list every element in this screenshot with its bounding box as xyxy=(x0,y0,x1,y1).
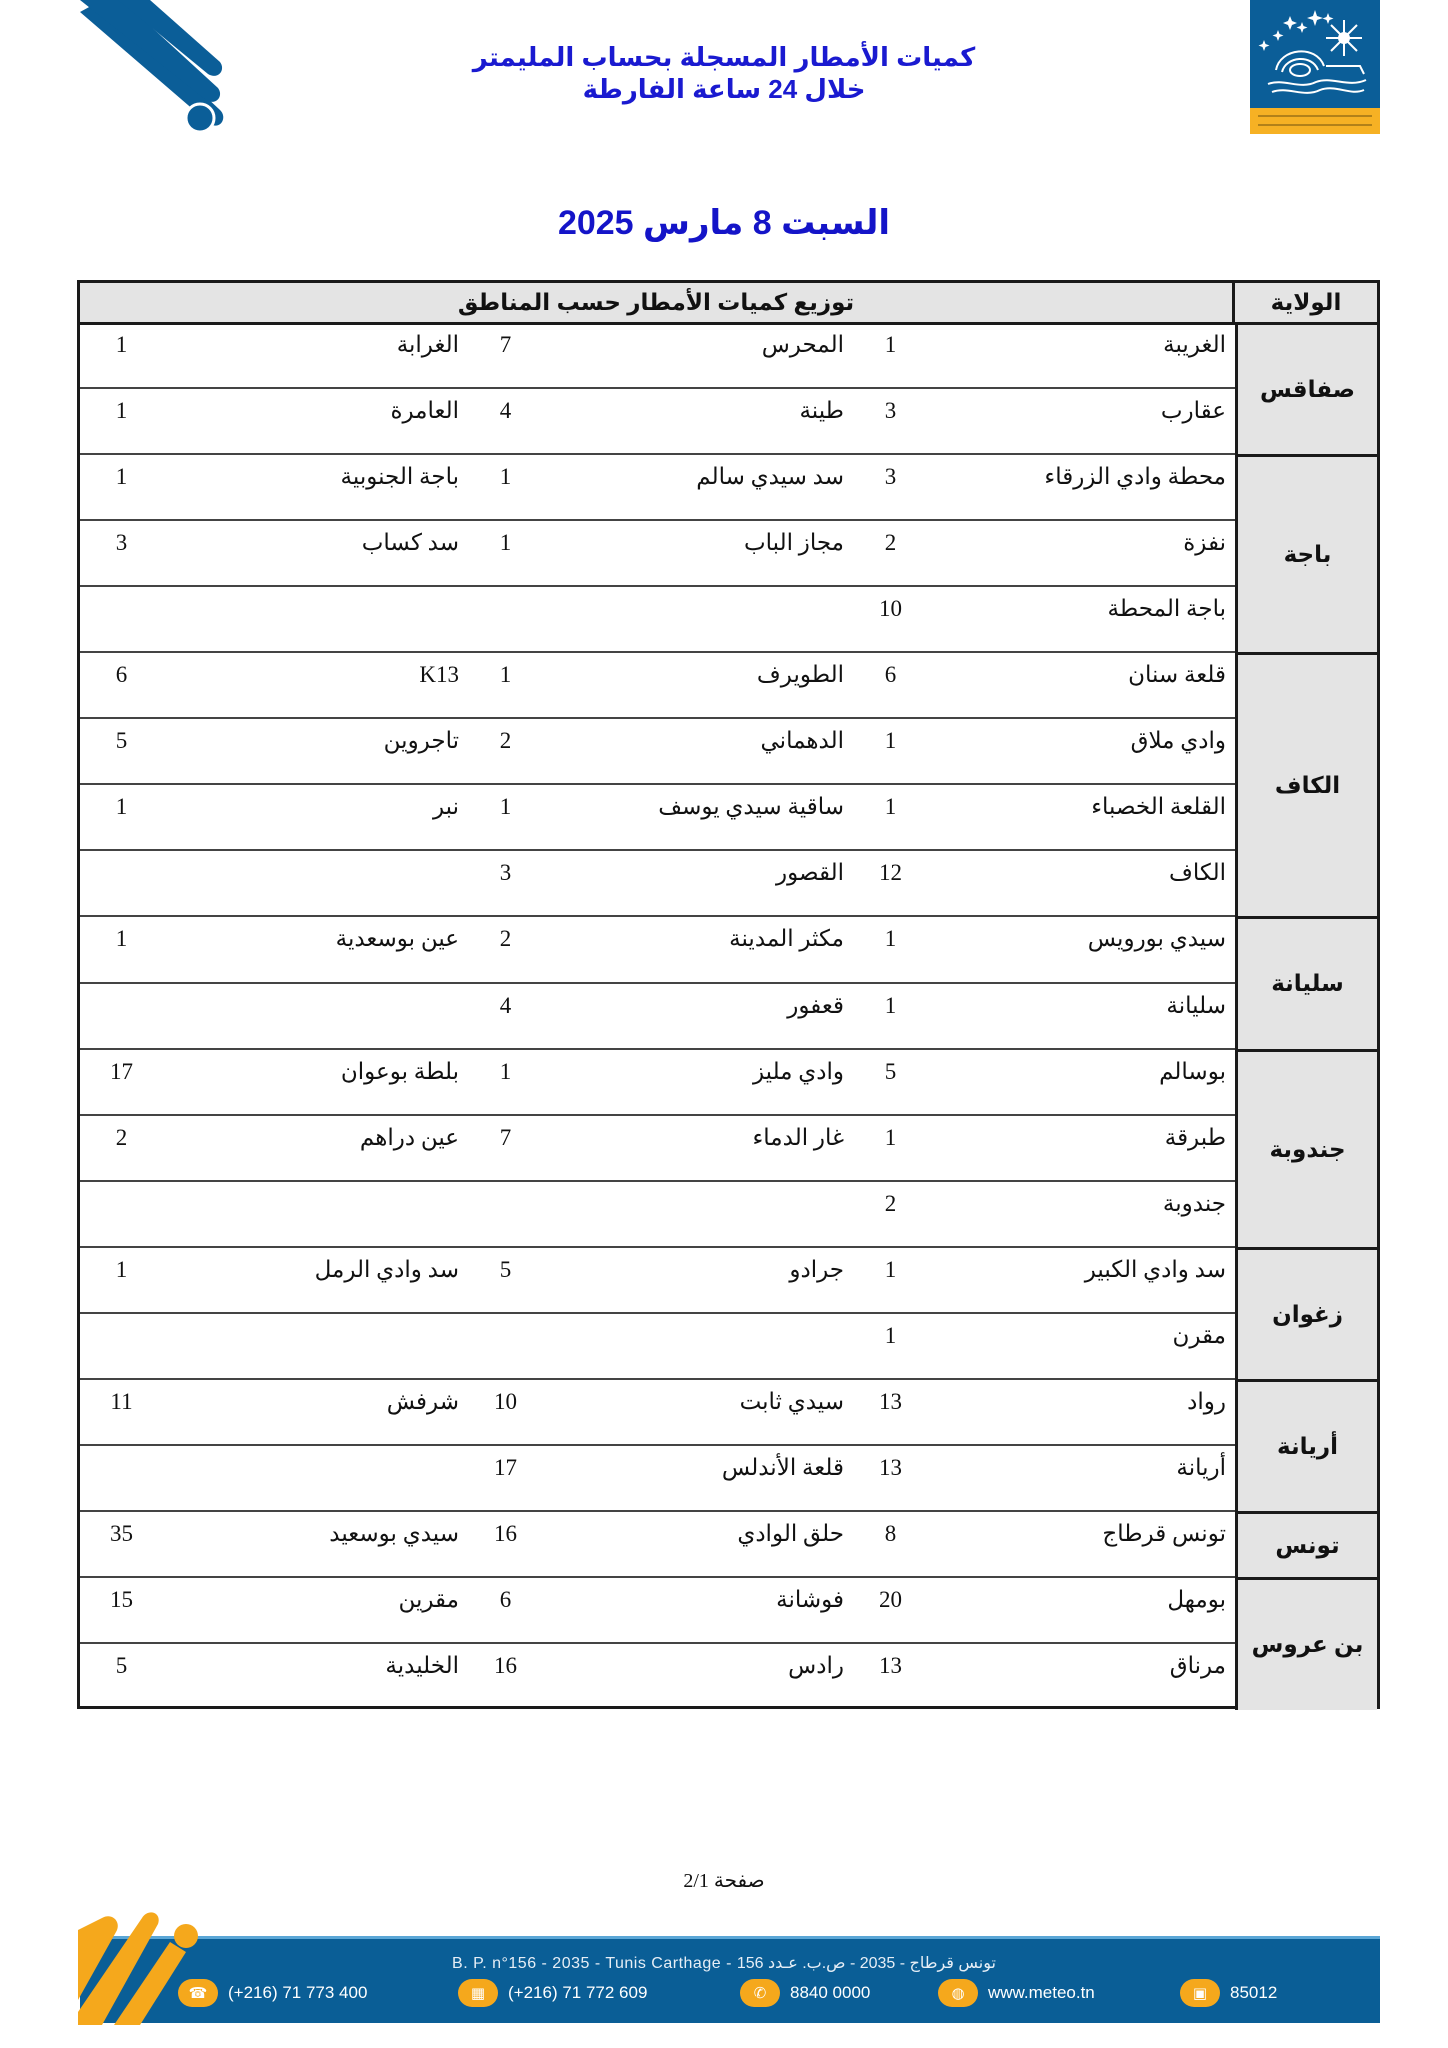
report-title: كميات الأمطار المسجلة بحساب المليمتر xyxy=(0,42,1448,73)
footer-contact-text[interactable]: www.meteo.tn xyxy=(988,1983,1095,2003)
station-name: طينة xyxy=(548,388,844,454)
footer-address: B. P. n°156 - 2035 - Tunis Carthage - تو… xyxy=(0,1953,1448,1973)
station-name xyxy=(163,850,459,916)
station-name: مرناق xyxy=(933,1643,1226,1709)
rainfall-value: 1 xyxy=(848,983,933,1049)
station-name: الخليدية xyxy=(163,1643,459,1709)
rainfall-table: توزيع كميات الأمطار حسب المناطق الولاية … xyxy=(77,280,1380,1709)
station-name: سد كساب xyxy=(163,520,459,586)
report-date: السبت 8 مارس 2025 xyxy=(0,203,1448,243)
rainfall-value: 6 xyxy=(848,652,933,718)
rainfall-value: 2 xyxy=(463,916,548,982)
report-subtitle: خلال 24 ساعة الفارطة xyxy=(0,74,1448,105)
footer-contact-text: 8840 0000 xyxy=(790,1983,870,2003)
station-name: نفزة xyxy=(933,520,1226,586)
rainfall-value: 3 xyxy=(848,454,933,520)
station-name: مقرين xyxy=(163,1577,459,1643)
station-name: حلق الوادي xyxy=(548,1511,844,1577)
station-name: مجاز الباب xyxy=(548,520,844,586)
rainfall-value: 35 xyxy=(80,1511,163,1577)
station-name: مكثر المدينة xyxy=(548,916,844,982)
station-name: الغرابة xyxy=(163,322,459,388)
rainfall-value: 4 xyxy=(463,388,548,454)
rainfall-value: 10 xyxy=(848,586,933,652)
station-name: بوسالم xyxy=(933,1049,1226,1115)
rainfall-value: 12 xyxy=(848,850,933,916)
station-name xyxy=(163,1445,459,1511)
rainfall-value: 5 xyxy=(80,1643,163,1709)
station-name: نبر xyxy=(163,784,459,850)
rainfall-value: 10 xyxy=(463,1379,548,1445)
header-zones: توزيع كميات الأمطار حسب المناطق xyxy=(80,283,1235,325)
station-name: سيدي ثابت xyxy=(548,1379,844,1445)
station-name: محطة وادي الزرقاء xyxy=(933,454,1226,520)
footer-contact-item: ▦(+216) 71 772 609 xyxy=(458,1978,647,2008)
station-name: طبرقة xyxy=(933,1115,1226,1181)
rainfall-value: 5 xyxy=(848,1049,933,1115)
station-name: وادي مليز xyxy=(548,1049,844,1115)
rainfall-value xyxy=(463,1181,548,1247)
station-name: رادس xyxy=(548,1643,844,1709)
station-name: سليانة xyxy=(933,983,1226,1049)
rainfall-value: 8 xyxy=(848,1511,933,1577)
station-name: الدهماني xyxy=(548,718,844,784)
governorate-name: سليانة xyxy=(1271,970,1344,997)
station-name: قعفور xyxy=(548,983,844,1049)
header-governorate: الولاية xyxy=(1235,283,1377,325)
rainfall-value: 16 xyxy=(463,1511,548,1577)
rainfall-value: 13 xyxy=(848,1379,933,1445)
rainfall-value: 4 xyxy=(463,983,548,1049)
footer-contact-text: (+216) 71 772 609 xyxy=(508,1983,647,2003)
rainfall-value: 11 xyxy=(80,1379,163,1445)
rainfall-value: 13 xyxy=(848,1643,933,1709)
rainfall-value: 1 xyxy=(848,784,933,850)
governorate-name: باجة xyxy=(1284,541,1332,568)
governorate-cell: صفاقس xyxy=(1235,322,1377,454)
rainfall-value: 1 xyxy=(848,916,933,982)
rainfall-value: 1 xyxy=(80,322,163,388)
station-name: تونس قرطاج xyxy=(933,1511,1226,1577)
station-name xyxy=(548,1313,844,1379)
governorate-cell: سليانة xyxy=(1235,916,1377,1048)
rainfall-value: 1 xyxy=(848,1115,933,1181)
rainfall-value: 7 xyxy=(463,1115,548,1181)
station-name: وادي ملاق xyxy=(933,718,1226,784)
rainfall-value: 1 xyxy=(463,520,548,586)
governorate-name: أريانة xyxy=(1277,1433,1338,1460)
rainfall-value: 6 xyxy=(463,1577,548,1643)
rainfall-value xyxy=(80,586,163,652)
station-name: سيدي بورويس xyxy=(933,916,1226,982)
station-name: عين دراهم xyxy=(163,1115,459,1181)
inm-logo-banner xyxy=(1250,108,1380,134)
rainfall-value: 6 xyxy=(80,652,163,718)
footer-contact-item: ☎(+216) 71 773 400 xyxy=(178,1978,367,2008)
governorate-cell: جندوبة xyxy=(1235,1049,1377,1247)
governorate-cell: أريانة xyxy=(1235,1379,1377,1511)
station-name: باجة المحطة xyxy=(933,586,1226,652)
governorate-cell: تونس xyxy=(1235,1511,1377,1577)
station-name: جندوبة xyxy=(933,1181,1226,1247)
rainfall-value: 3 xyxy=(463,850,548,916)
station-name: الغريبة xyxy=(933,322,1226,388)
station-name: عقارب xyxy=(933,388,1226,454)
rainfall-value xyxy=(463,586,548,652)
governorate-name: صفاقس xyxy=(1260,376,1355,403)
rainfall-value: 15 xyxy=(80,1577,163,1643)
rainfall-value xyxy=(80,850,163,916)
rainfall-value: 3 xyxy=(848,388,933,454)
footer-contact-item: ✆8840 0000 xyxy=(740,1978,870,2008)
station-name: جرادو xyxy=(548,1247,844,1313)
governorate-cell: بن عروس xyxy=(1235,1577,1377,1710)
rainfall-value: 17 xyxy=(463,1445,548,1511)
rainfall-value: 2 xyxy=(848,520,933,586)
rainfall-value: 2 xyxy=(848,1181,933,1247)
rainfall-value: 1 xyxy=(463,454,548,520)
governorate-name: زغوان xyxy=(1272,1301,1343,1328)
rainfall-value: 7 xyxy=(463,322,548,388)
station-name: سد وادي الكبير xyxy=(933,1247,1226,1313)
rainfall-value: 1 xyxy=(80,454,163,520)
station-name xyxy=(163,1181,459,1247)
station-name: غار الدماء xyxy=(548,1115,844,1181)
rainfall-value: 1 xyxy=(848,1247,933,1313)
rainfall-value: 1 xyxy=(848,322,933,388)
rainfall-value: 1 xyxy=(80,916,163,982)
station-name: K13 xyxy=(163,652,459,718)
station-name: قلعة الأندلس xyxy=(548,1445,844,1511)
station-name: بلطة بوعوان xyxy=(163,1049,459,1115)
governorate-name: جندوبة xyxy=(1269,1136,1345,1163)
station-name: فوشانة xyxy=(548,1577,844,1643)
station-name: عين بوسعدية xyxy=(163,916,459,982)
rainfall-value xyxy=(80,983,163,1049)
phone-icon: ☎ xyxy=(178,1979,218,2007)
rainfall-value: 17 xyxy=(80,1049,163,1115)
governorate-name: بن عروس xyxy=(1252,1631,1364,1658)
governorate-name: تونس xyxy=(1275,1532,1339,1559)
rainfall-value: 3 xyxy=(80,520,163,586)
station-name: الطويرف xyxy=(548,652,844,718)
footer-contact-item: ◍www.meteo.tn xyxy=(938,1978,1095,2008)
governorate-cell: زغوان xyxy=(1235,1247,1377,1379)
footer-contact-text: 85012 xyxy=(1230,1983,1277,2003)
rainfall-value: 13 xyxy=(848,1445,933,1511)
station-name: القصور xyxy=(548,850,844,916)
page-number: صفحة 2/1 xyxy=(0,1868,1448,1893)
station-name: المحرس xyxy=(548,322,844,388)
footer-contact-item: ▣85012 xyxy=(1180,1978,1277,2008)
rainfall-value: 2 xyxy=(463,718,548,784)
rainfall-value: 2 xyxy=(80,1115,163,1181)
governorate-cell: الكاف xyxy=(1235,652,1377,916)
rainfall-value: 1 xyxy=(848,718,933,784)
station-name: قلعة سنان xyxy=(933,652,1226,718)
rainfall-value: 1 xyxy=(80,1247,163,1313)
rainfall-value xyxy=(80,1445,163,1511)
rainfall-value: 1 xyxy=(463,784,548,850)
sms-icon: ▣ xyxy=(1180,1979,1220,2007)
station-name: أريانة xyxy=(933,1445,1226,1511)
call-center-icon: ✆ xyxy=(740,1979,780,2007)
rainfall-value: 1 xyxy=(463,1049,548,1115)
station-name: سد سيدي سالم xyxy=(548,454,844,520)
rainfall-value: 1 xyxy=(80,388,163,454)
station-name xyxy=(163,983,459,1049)
governorate-name: الكاف xyxy=(1275,772,1340,799)
station-name: شرفش xyxy=(163,1379,459,1445)
station-name: رواد xyxy=(933,1379,1226,1445)
station-name: باجة الجنوبية xyxy=(163,454,459,520)
station-name: القلعة الخصباء xyxy=(933,784,1226,850)
station-name: العامرة xyxy=(163,388,459,454)
rainfall-value: 1 xyxy=(848,1313,933,1379)
globe-icon: ◍ xyxy=(938,1979,978,2007)
station-name xyxy=(548,1181,844,1247)
governorate-cell: باجة xyxy=(1235,454,1377,652)
station-name: بومهل xyxy=(933,1577,1226,1643)
rainfall-value: 5 xyxy=(80,718,163,784)
station-name: ساقية سيدي يوسف xyxy=(548,784,844,850)
rainfall-value: 16 xyxy=(463,1643,548,1709)
station-name: سد وادي الرمل xyxy=(163,1247,459,1313)
station-name xyxy=(548,586,844,652)
rainfall-value xyxy=(80,1313,163,1379)
rainfall-value: 1 xyxy=(80,784,163,850)
rainfall-value: 1 xyxy=(463,652,548,718)
station-name: تاجروين xyxy=(163,718,459,784)
rainfall-value: 5 xyxy=(463,1247,548,1313)
rainfall-value xyxy=(463,1313,548,1379)
footer-contact-text: (+216) 71 773 400 xyxy=(228,1983,367,2003)
rainfall-value xyxy=(80,1181,163,1247)
station-name: الكاف xyxy=(933,850,1226,916)
station-name xyxy=(163,1313,459,1379)
station-name: مقرن xyxy=(933,1313,1226,1379)
fax-icon: ▦ xyxy=(458,1979,498,2007)
station-name: سيدي بوسعيد xyxy=(163,1511,459,1577)
station-name xyxy=(163,586,459,652)
rainfall-value: 20 xyxy=(848,1577,933,1643)
